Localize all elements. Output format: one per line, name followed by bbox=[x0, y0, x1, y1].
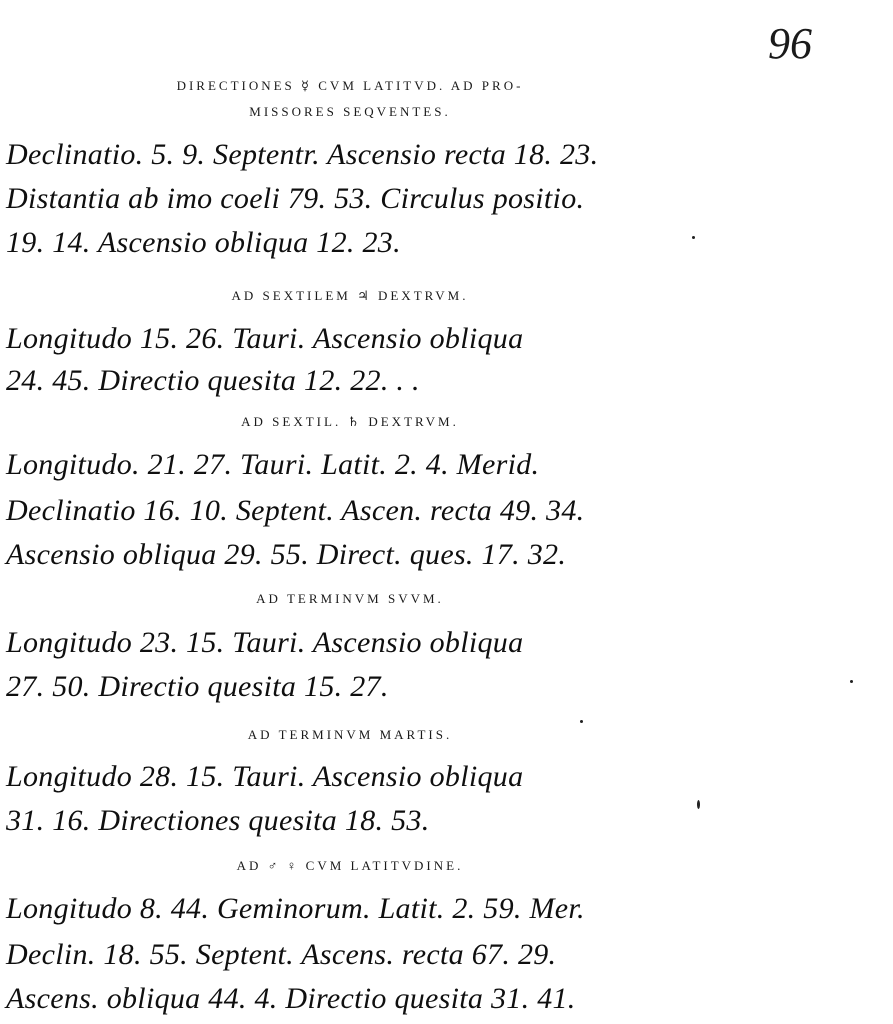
text-line: Longitudo 8. 44. Geminorum. Latit. 2. 59… bbox=[6, 892, 585, 926]
text-line: Longitudo 28. 15. Tauri. Ascensio obliqu… bbox=[6, 760, 523, 794]
text-line: Ascensio obliqua 29. 55. Direct. ques. 1… bbox=[6, 538, 566, 572]
section-heading: AD SEXTILEM ♃ DEXTRVM. bbox=[0, 288, 700, 304]
ink-speck bbox=[580, 720, 583, 723]
text-line: Declinatio 16. 10. Septent. Ascen. recta… bbox=[6, 494, 584, 528]
text-line: Longitudo 15. 26. Tauri. Ascensio obliqu… bbox=[6, 322, 523, 356]
text-line: Longitudo. 21. 27. Tauri. Latit. 2. 4. M… bbox=[6, 448, 539, 482]
text-line: 27. 50. Directio quesita 15. 27. bbox=[6, 670, 389, 704]
text-line: Ascens. obliqua 44. 4. Directio quesita … bbox=[6, 982, 576, 1016]
text-line: 31. 16. Directiones quesita 18. 53. bbox=[6, 804, 430, 838]
page-number: 96 bbox=[768, 18, 812, 69]
text-line: Declinatio. 5. 9. Septentr. Ascensio rec… bbox=[6, 138, 598, 172]
text-line: Distantia ab imo coeli 79. 53. Circulus … bbox=[6, 182, 584, 216]
ink-speck bbox=[850, 680, 853, 683]
ink-speck bbox=[697, 800, 700, 809]
text-line: 24. 45. Directio quesita 12. 22. . . bbox=[6, 364, 420, 398]
ink-speck bbox=[692, 236, 695, 239]
title-line-2: MISSORES SEQVENTES. bbox=[0, 104, 700, 120]
section-heading: AD TERMINVM SVVM. bbox=[0, 591, 700, 607]
text-line: Declin. 18. 55. Septent. Ascens. recta 6… bbox=[6, 938, 556, 972]
manuscript-page: 96 DIRECTIONES ☿ CVM LATITVD. AD PRO- MI… bbox=[0, 0, 893, 1024]
section-heading: AD SEXTIL. ♄ DEXTRVM. bbox=[0, 414, 700, 430]
text-line: 19. 14. Ascensio obliqua 12. 23. bbox=[6, 226, 401, 260]
section-heading: AD TERMINVM MARTIS. bbox=[0, 727, 700, 743]
title-line-1: DIRECTIONES ☿ CVM LATITVD. AD PRO- bbox=[0, 78, 700, 94]
section-heading: AD ♂ ♀ CVM LATITVDINE. bbox=[0, 858, 700, 874]
text-line: Longitudo 23. 15. Tauri. Ascensio obliqu… bbox=[6, 626, 523, 660]
